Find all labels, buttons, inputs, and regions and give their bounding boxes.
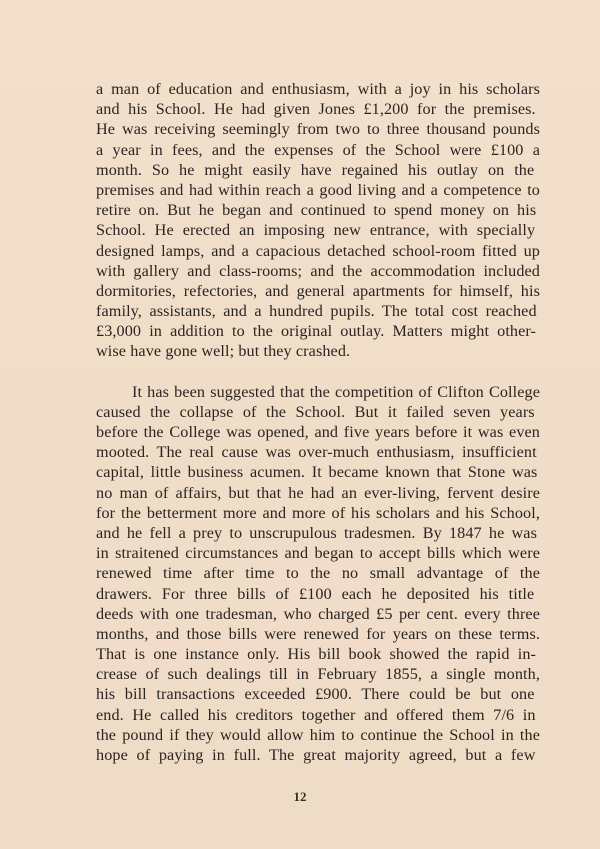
text-line: premises and had within reach a good liv…: [96, 180, 540, 200]
text-line: his bill transactions exceeded £900. The…: [96, 684, 540, 704]
text-line: designed lamps, and a capacious detached…: [96, 241, 540, 261]
text-line: end. He called his creditors together an…: [96, 705, 540, 725]
text-line: in straitened circumstances and began to…: [96, 543, 540, 563]
text-line: mooted. The real cause was over-much ent…: [96, 442, 540, 462]
text-line: caused the collapse of the School. But i…: [96, 402, 540, 422]
text-line: months, and those bills were renewed for…: [96, 624, 540, 644]
text-line: with gallery and class-rooms; and the ac…: [96, 261, 540, 281]
text-line: He was receiving seemingly from two to t…: [96, 119, 540, 139]
text-line: family, assistants, and a hundred pupils…: [96, 301, 540, 321]
body-text: a man of education and enthusiasm, with …: [96, 79, 540, 765]
text-line: School. He erected an imposing new entra…: [96, 220, 540, 240]
text-line: crease of such dealings till in February…: [96, 664, 540, 684]
text-line: no man of affairs, but that he had an ev…: [96, 483, 540, 503]
text-line: wise have gone well; but they crashed.: [96, 341, 540, 361]
text-line: for the betterment more and more of his …: [96, 503, 540, 523]
text-line: a year in fees, and the expenses of the …: [96, 140, 540, 160]
text-line: capital, little business acumen. It beca…: [96, 462, 540, 482]
text-line: £3,000 in addition to the original outla…: [96, 321, 540, 341]
text-line: and he fell a prey to unscrupulous trade…: [96, 523, 540, 543]
book-page: a man of education and enthusiasm, with …: [0, 0, 600, 849]
text-line: retire on. But he began and continued to…: [96, 200, 540, 220]
text-line: deeds with one tradesman, who charged £5…: [96, 604, 540, 624]
text-line: before the College was opened, and five …: [96, 422, 540, 442]
page-number: 12: [0, 789, 600, 805]
text-line: a man of education and enthusiasm, with …: [96, 79, 540, 99]
text-line: That is one instance only. His bill book…: [96, 644, 540, 664]
text-line: hope of paying in full. The great majori…: [96, 745, 540, 765]
paragraph-2: It has been suggested that the competiti…: [96, 382, 540, 766]
paragraph-1: a man of education and enthusiasm, with …: [96, 79, 540, 362]
text-line: It has been suggested that the competiti…: [96, 382, 540, 402]
text-line: month. So he might easily have regained …: [96, 160, 540, 180]
text-line: the pound if they would allow him to con…: [96, 725, 540, 745]
text-line: drawers. For three bills of £100 each he…: [96, 584, 540, 604]
text-line: and his School. He had given Jones £1,20…: [96, 99, 540, 119]
text-line: dormitories, refectories, and general ap…: [96, 281, 540, 301]
text-line: renewed time after time to the no small …: [96, 563, 540, 583]
